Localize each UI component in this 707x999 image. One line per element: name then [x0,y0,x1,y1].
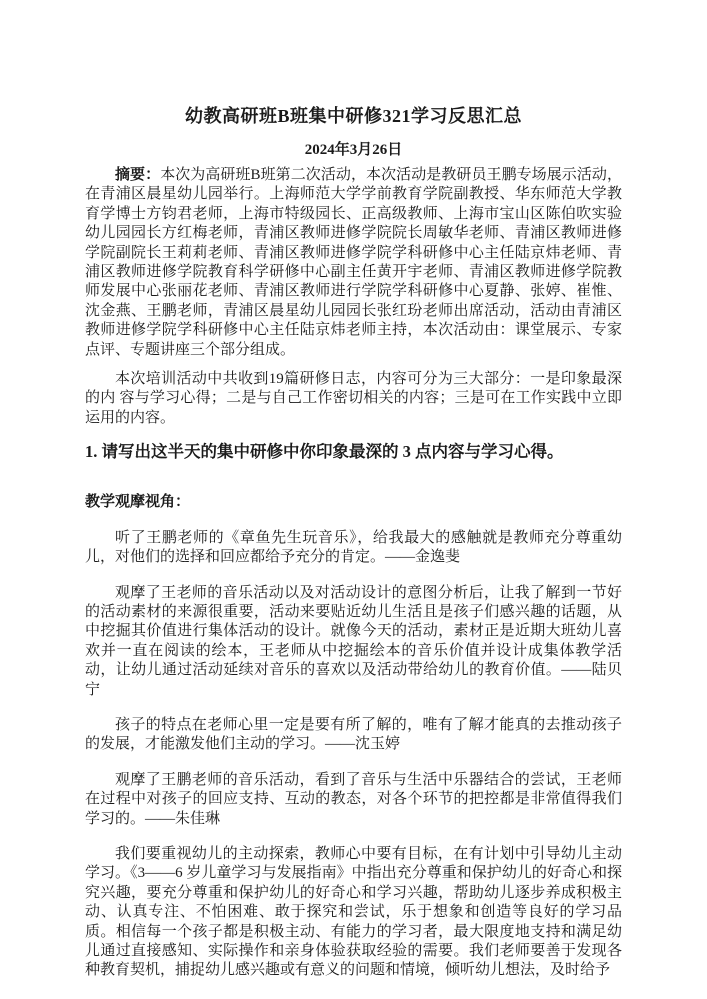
abstract-body: 本次为高研班B班第二次活动，本次活动是教研员王鹏专场展示活动，在青浦区晨星幼儿园… [85,167,622,358]
quote-paragraph-2: 观摩了王老师的音乐活动以及对活动设计的意图分析后，让我了解到一节好的活动素材的来… [85,584,622,700]
document-page: 幼教高研班B班集中研修321学习反思汇总 2024年3月26日 摘要：本次为高研… [0,0,707,999]
quote-paragraph-1: 听了王鹏老师的《章鱼先生玩音乐》，给我最大的感触就是教师充分尊重幼儿，对他们的选… [85,529,622,568]
document-date: 2024年3月26日 [85,140,622,160]
section-1-heading: 1. 请写出这半天的集中研修中你印象最深的 3 点内容与学习心得。 [85,441,622,463]
teaching-observation-subheading: 教学观摩视角： [85,493,622,512]
abstract-label: 摘要： [115,167,160,183]
document-title: 幼教高研班B班集中研修321学习反思汇总 [85,104,622,128]
quote-paragraph-5: 我们要重视幼儿的主动探索，教师心中要有目标，在有计划中引导幼儿主动学习。《3——… [85,845,622,981]
summary-paragraph: 本次培训活动中共收到19篇研修日志，内容可分为三大部分：一是印象最深的内 容与学… [85,370,622,428]
quote-paragraph-4: 观摩了王鹏老师的音乐活动，看到了音乐与生活中乐器结合的尝试，王老师在过程中对孩子… [85,771,622,829]
quote-paragraph-3: 孩子的特点在老师心里一定是要有所了解的，唯有了解才能真的去推动孩子的发展，才能激… [85,716,622,755]
abstract-paragraph: 摘要：本次为高研班B班第二次活动，本次活动是教研员王鹏专场展示活动，在青浦区晨星… [85,166,622,360]
